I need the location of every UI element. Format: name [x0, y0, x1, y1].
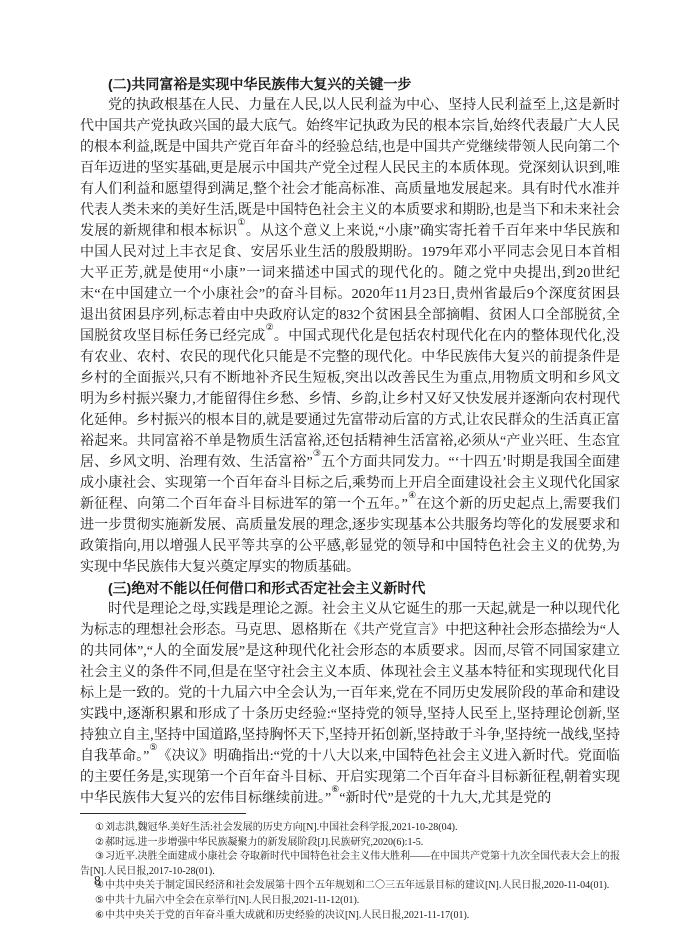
- footnote-list: ①刘志洪,魏冠华.美好生活:社会发展的历史方向[N].中国社会科学报,2021-…: [80, 821, 620, 923]
- footnote-item: ③习近平.决胜全面建成小康社会 夺取新时代中国特色社会主义伟大胜利——在中国共产…: [80, 850, 620, 879]
- page-number: 8: [94, 874, 101, 888]
- footnote-item: ①刘志洪,魏冠华.美好生活:社会发展的历史方向[N].中国社会科学报,2021-…: [80, 821, 620, 836]
- footnote-marker: ②: [95, 837, 104, 848]
- footnote-ref: ③: [313, 448, 321, 458]
- body-paragraph: 党的执政根基在人民、力量在人民,以人民利益为中心、坚持人民利益至上,这是新时代中…: [80, 95, 620, 578]
- footnote-ref: ①: [237, 217, 245, 227]
- footnote-marker: ③: [95, 851, 104, 862]
- footnote-ref: ②: [266, 322, 274, 332]
- footnote-item: ⑤中共十九届六中全会在京举行[N].人民日报,2021-11-12(01).: [80, 894, 620, 909]
- footnote-divider: [80, 813, 246, 814]
- footnote-marker: ⑤: [95, 895, 104, 906]
- footnote-marker: ⑥: [95, 910, 104, 921]
- section-heading-common-prosperity: (二)共同富裕是实现中华民族伟大复兴的关键一步: [80, 74, 620, 95]
- footnote-ref: ④: [408, 490, 417, 500]
- section-heading-new-era: (三)绝对不能以任何借口和形式否定社会主义新时代: [80, 578, 620, 599]
- footnote-item: ⑥中共中央关于党的百年奋斗重大成就和历史经验的决议[N].人民日报,2021-1…: [80, 909, 620, 924]
- body-paragraph: 时代是理论之母,实践是理论之源。社会主义从它诞生的那一天起,就是一种以现代化为标…: [80, 599, 620, 809]
- document-page: (二)共同富裕是实现中华民族伟大复兴的关键一步 党的执政根基在人民、力量在人民,…: [0, 0, 700, 943]
- page-body: (二)共同富裕是实现中华民族伟大复兴的关键一步 党的执政根基在人民、力量在人民,…: [80, 74, 620, 809]
- footnote-item: ②郝时远.进一步增强中华民族凝聚力的新发展阶段[J].民族研究,2020(6):…: [80, 836, 620, 851]
- footnote-marker: ①: [95, 822, 104, 833]
- footnote-ref: ⑤: [149, 742, 157, 752]
- footnote-item: ④中共中央关于制定国民经济和社会发展第十四个五年规划和二〇三五年远景目标的建议[…: [80, 879, 620, 894]
- footnote-ref: ⑥: [331, 784, 339, 794]
